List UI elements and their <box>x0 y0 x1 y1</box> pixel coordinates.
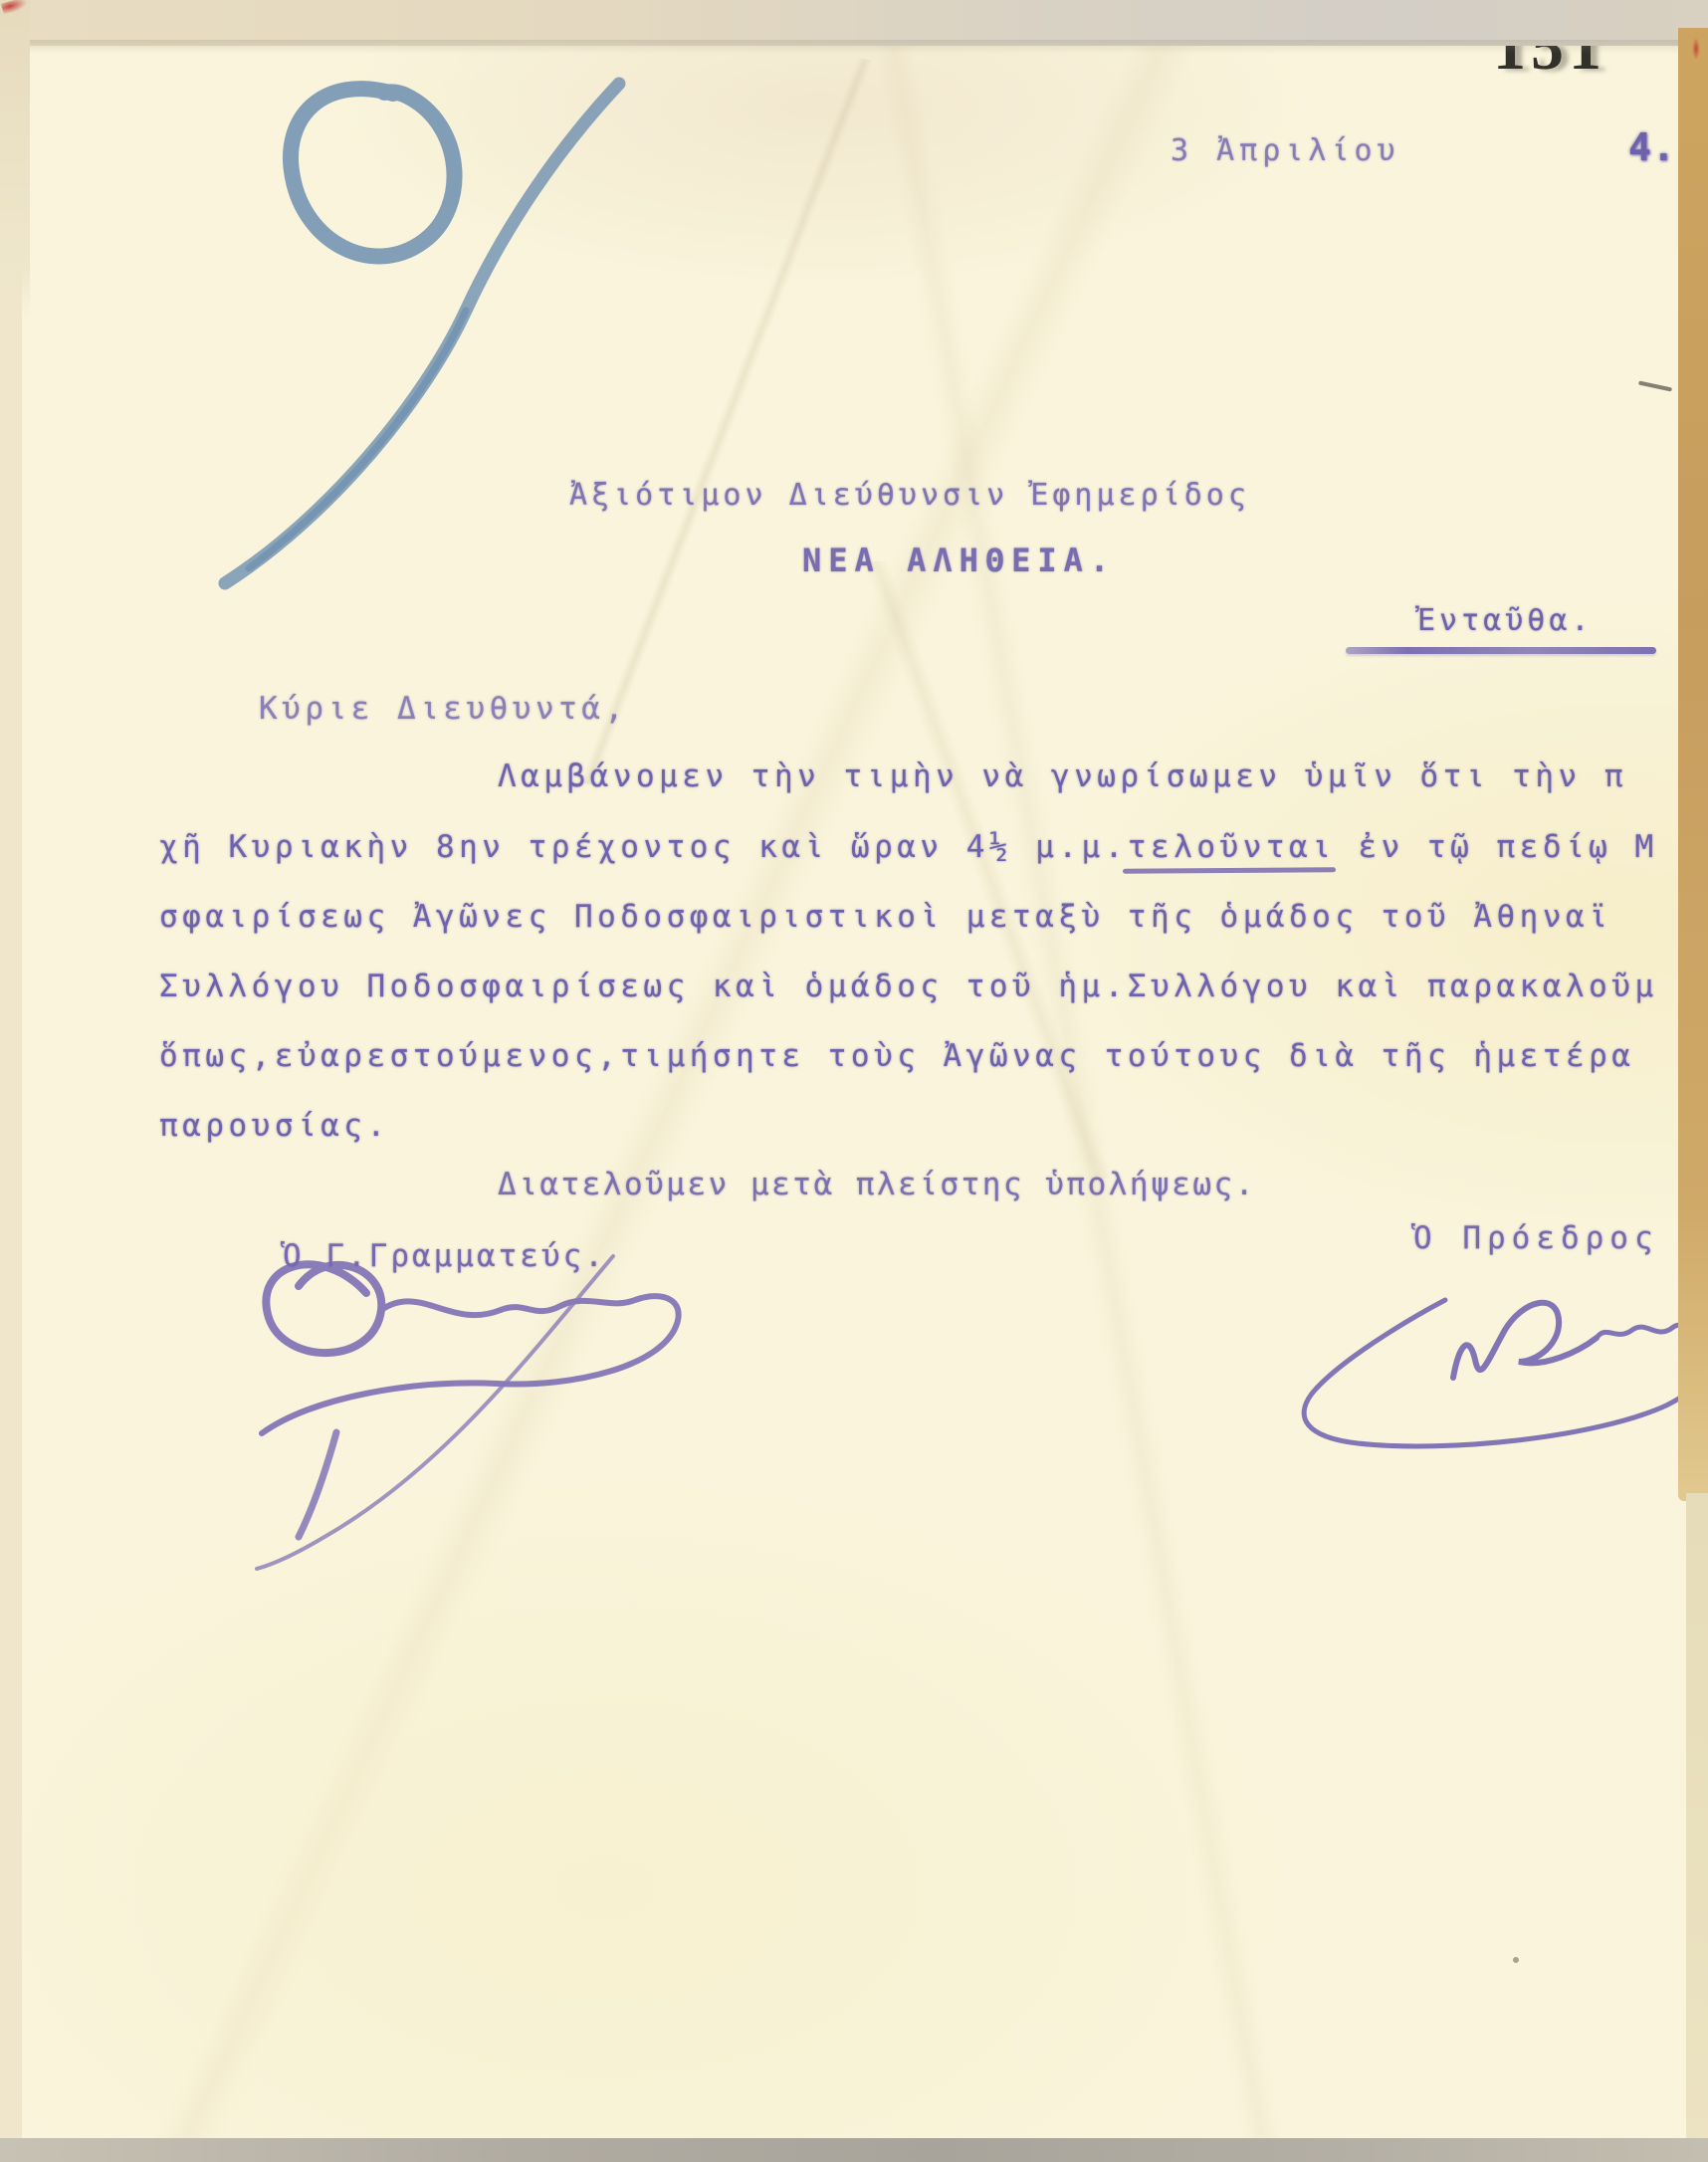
president-title: Ὁ Πρόεδρος <box>1413 1220 1659 1256</box>
date-number: 4. <box>1628 125 1676 169</box>
newspaper-name: ΝΕΑ ΑΛΗΘΕΙΑ. <box>802 541 1116 579</box>
scan-edge-bottom <box>0 2138 1708 2162</box>
body-line: ὅπως,εὐαρεστούμενος,τιμήσητε τοὺς Ἀγῶνας… <box>159 1038 1634 1074</box>
body-line: Συλλόγου Ποδοσφαιρίσεως καὶ ὁμάδος τοῦ ἡ… <box>159 969 1658 1004</box>
word-underline <box>1123 867 1336 873</box>
red-ink-speck <box>1692 38 1700 60</box>
body-line: Λαμβάνομεν τὴν τιμὴν νὰ γνωρίσωμεν ὑμῖν … <box>498 758 1627 794</box>
date-line: 3 Ἀπριλίου <box>1171 133 1400 168</box>
place-line: Ἐνταῦθα. <box>1417 603 1594 638</box>
scan-edge-left <box>0 0 30 319</box>
secretary-signature <box>217 1238 735 1577</box>
place-underline <box>1346 647 1656 654</box>
body-line: χῆ Κυριακὴν 8ην τρέχοντος καὶ ὥραν 4½ μ.… <box>159 829 1658 865</box>
adjacent-page-edge-lower <box>1686 1493 1708 2162</box>
recipient-line: Ἀξιότιμον Διεύθυνσιν Ἐφημερίδος <box>569 478 1250 513</box>
pencil-dash-mark <box>1638 381 1672 392</box>
paper-speck <box>1513 1957 1519 1963</box>
president-signature <box>1268 1282 1708 1471</box>
scanned-letter: 3 Ἀπριλίου 4. Ἀξιότιμον Διεύθυνσιν Ἐφημε… <box>0 0 1708 2162</box>
handwritten-o-mark <box>209 66 667 613</box>
salutation: Κύριε Διευθυντά, <box>259 691 628 727</box>
adjacent-page-edge <box>1678 28 1708 1501</box>
closing-line: Διατελοῦμεν μετὰ πλείστης ὑπολήψεως. <box>498 1167 1256 1202</box>
body-line: παρουσίας. <box>159 1108 390 1144</box>
scan-edge-top-shadow <box>0 40 1708 54</box>
body-line: σφαιρίσεως Ἀγῶνες Ποδοσφαιριστικοὶ μεταξ… <box>159 899 1611 935</box>
